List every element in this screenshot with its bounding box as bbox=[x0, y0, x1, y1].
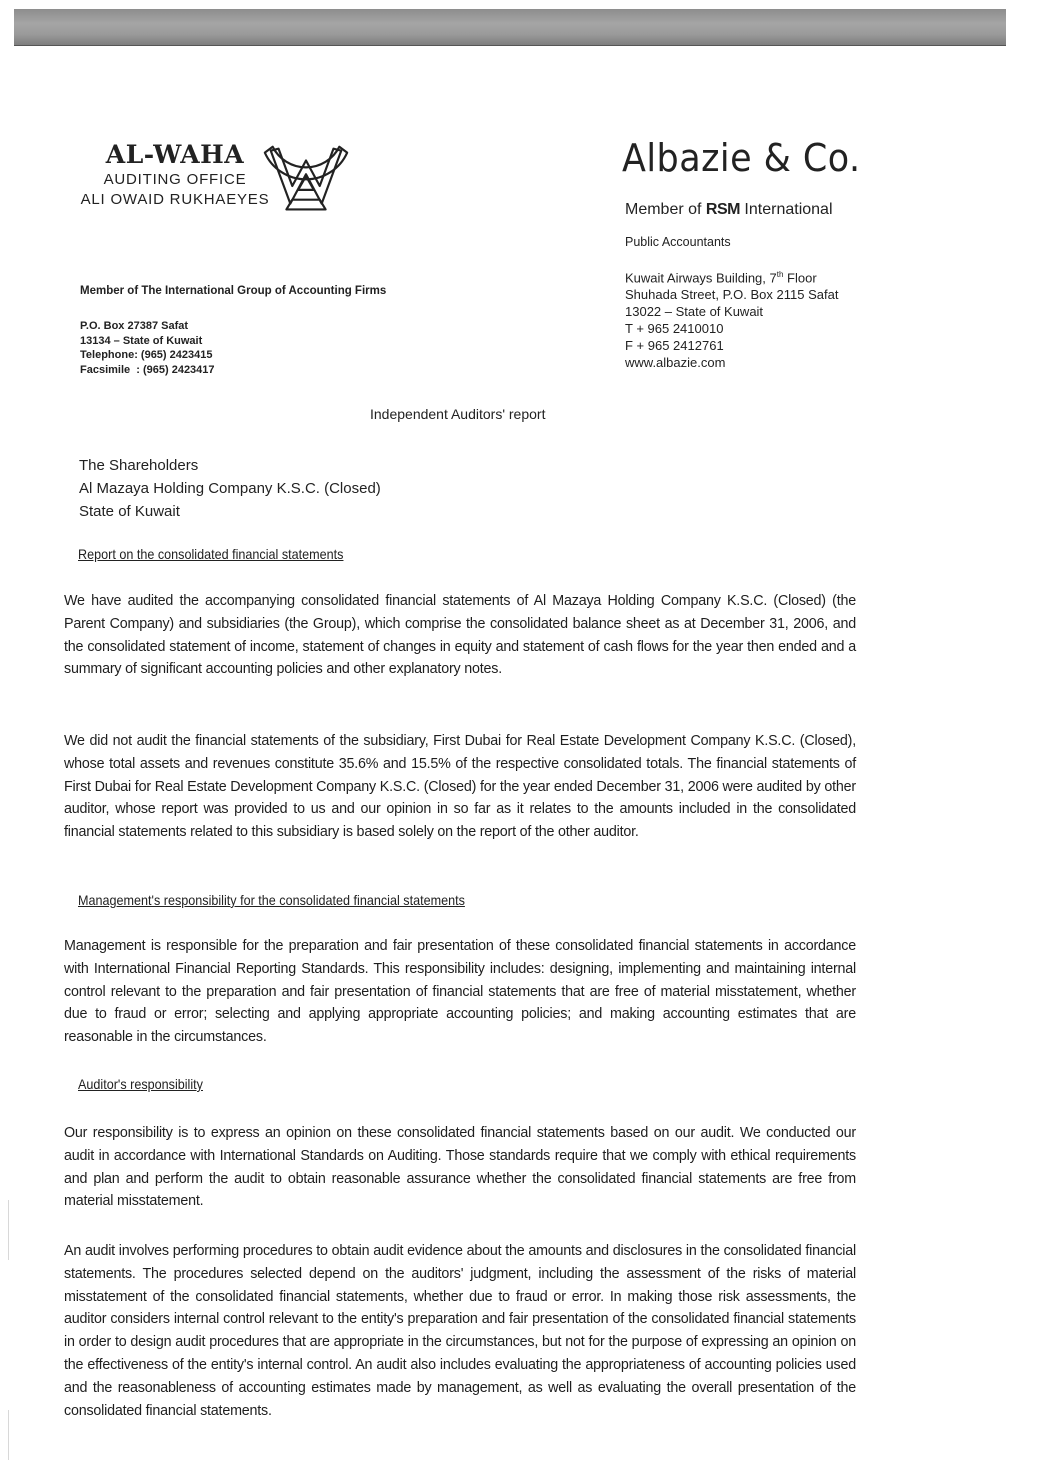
right-firm-name: Albazie & Co. bbox=[622, 136, 861, 180]
paragraph-other-auditor: We did not audit the financial statement… bbox=[64, 730, 856, 844]
section-heading-report: Report on the consolidated financial sta… bbox=[78, 546, 343, 562]
member-prefix: Member of bbox=[625, 201, 706, 218]
right-address-line: 13022 – State of Kuwait bbox=[625, 303, 838, 320]
section-heading-auditor: Auditor's responsibility bbox=[78, 1076, 203, 1092]
right-address-line: Kuwait Airways Building, 7th Floor bbox=[625, 266, 838, 286]
scan-margin-mark bbox=[8, 1200, 9, 1260]
addressee-line: The Shareholders bbox=[79, 454, 381, 477]
left-firm-owner: ALI OWAID RUKHAEYES bbox=[80, 190, 270, 210]
rsm-brand: RSM bbox=[706, 201, 740, 218]
al-waha-letterhead: AL-WAHA AUDITING OFFICE ALI OWAID RUKHAE… bbox=[80, 140, 270, 210]
paragraph-auditor-responsibility: Our responsibility is to express an opin… bbox=[64, 1122, 856, 1213]
al-waha-logo-icon bbox=[257, 135, 355, 233]
left-firm-membership: Member of The International Group of Acc… bbox=[80, 285, 386, 297]
left-firm-name: AL-WAHA bbox=[80, 140, 270, 170]
right-firm-tagline: Public Accountants bbox=[625, 235, 731, 249]
member-suffix: International bbox=[740, 201, 833, 218]
right-phone: T + 965 2410010 bbox=[625, 320, 838, 337]
scan-header-bar bbox=[14, 9, 1006, 46]
left-firm-address: P.O. Box 27387 Safat 13134 – State of Ku… bbox=[80, 319, 215, 377]
paragraph-management-responsibility: Management is responsible for the prepar… bbox=[64, 935, 856, 1049]
addressee-line: Al Mazaya Holding Company K.S.C. (Closed… bbox=[79, 477, 381, 500]
left-firm-subtitle: AUDITING OFFICE bbox=[80, 170, 270, 190]
right-fax: F + 965 2412761 bbox=[625, 337, 838, 354]
scan-margin-mark bbox=[8, 1410, 9, 1460]
right-firm-address: Kuwait Airways Building, 7th Floor Shuha… bbox=[625, 266, 838, 371]
addressee-block: The Shareholders Al Mazaya Holding Compa… bbox=[79, 454, 381, 523]
left-address-line: P.O. Box 27387 Safat bbox=[80, 319, 215, 334]
left-address-line: Telephone: (965) 2423415 bbox=[80, 348, 215, 363]
right-address-line: Shuhada Street, P.O. Box 2115 Safat bbox=[625, 286, 838, 303]
report-title: Independent Auditors' report bbox=[370, 406, 545, 422]
left-address-line: 13134 – State of Kuwait bbox=[80, 334, 215, 349]
left-address-line: Facsimile : (965) 2423417 bbox=[80, 363, 215, 378]
addressee-line: State of Kuwait bbox=[79, 500, 381, 523]
paragraph-audit-procedures: An audit involves performing procedures … bbox=[64, 1240, 856, 1422]
paragraph-scope: We have audited the accompanying consoli… bbox=[64, 590, 856, 681]
right-firm-membership: Member of RSM International bbox=[625, 201, 833, 219]
section-heading-management: Management's responsibility for the cons… bbox=[78, 892, 465, 908]
right-website: www.albazie.com bbox=[625, 354, 838, 371]
